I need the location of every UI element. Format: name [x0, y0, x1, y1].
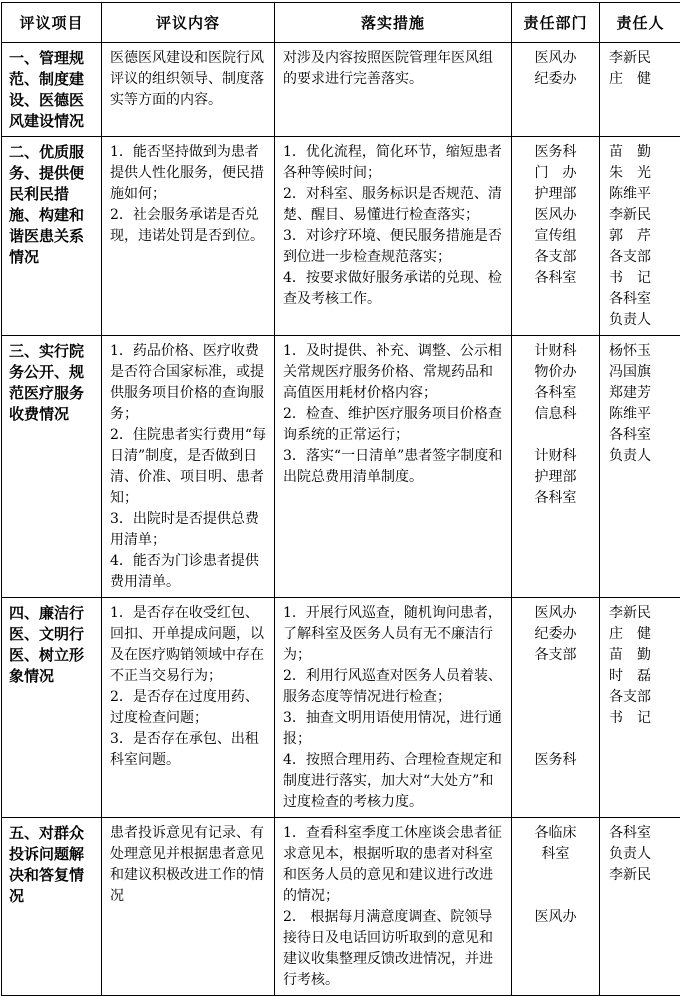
- department-line: 医风办: [514, 603, 597, 624]
- person-line: 庄 健: [609, 624, 679, 645]
- department-line: 护理部: [514, 467, 597, 488]
- measure-paragraph: 4．按照合理用药、合理检查规定和制度进行落实，加大对“大处方”和过度检查的考核力…: [283, 750, 505, 813]
- content-paragraph: 2．是否存在过度用药、过度检查问题；: [110, 687, 268, 729]
- cell-departments: 医风办纪委办: [512, 43, 600, 137]
- col-header-responsible-department: 责任部门: [512, 3, 600, 43]
- person-line: 杨怀玉: [609, 341, 679, 362]
- person-line: 庄 健: [609, 69, 679, 90]
- content-paragraph: 1．是否存在收受红包、回扣、开单提成问题，以及在医疗购销领域中存在不正当交易行为…: [110, 603, 268, 687]
- department-line: 各科室: [514, 268, 597, 289]
- department-line: 信息科: [514, 404, 597, 425]
- cell-departments: 各临床科室 医风办: [512, 818, 600, 996]
- cell-review-item: 一、管理规范、制度建设、医德医风建设情况: [2, 43, 102, 137]
- cell-measures: 1．及时提供、补充、调整、公示相关常规医疗服务价格、常规药品和高值医用耗材价格内…: [275, 336, 512, 598]
- cell-review-item: 四、廉洁行医、文明行医、树立形象情况: [2, 598, 102, 818]
- measure-paragraph: 1．开展行风巡查，随机询问患者，了解科室及医务人员有无不廉洁行为；: [283, 603, 505, 666]
- cell-review-content: 医德医风建设和医院行风评议的组织领导、制度落实等方面的内容。: [102, 43, 275, 137]
- department-line: 物价办: [514, 362, 597, 383]
- cell-departments: 医风办纪委办各支部 医务科: [512, 598, 600, 818]
- cell-review-content: 患者投诉意见有记录、有处理意见并根据患者意见和建议积极改进工作的情况: [102, 818, 275, 996]
- table-row-3: 三、实行院务公开、规范医疗服务收费情况 1．药品价格、医疗收费是否符合国家标准，…: [2, 336, 680, 598]
- cell-persons: 杨怀玉冯国旗郑建芳陈维平各科室负责人: [600, 336, 680, 598]
- measure-paragraph: 2．利用行风巡查对医务人员着装、服务态度等情况进行检查；: [283, 666, 505, 708]
- content-paragraph: 医德医风建设和医院行风评议的组织领导、制度落实等方面的内容。: [110, 48, 268, 111]
- person-line: 郑建芳: [609, 383, 679, 404]
- measure-paragraph: 2．检查、维护医疗服务项目价格查询系统的正常运行；: [283, 404, 505, 446]
- department-line: 医风办: [514, 907, 597, 928]
- col-header-review-items: 评议项目: [2, 3, 102, 43]
- person-line: 郭 芹: [609, 226, 679, 247]
- cell-measures: 1．开展行风巡查，随机询问患者，了解科室及医务人员有无不廉洁行为；2．利用行风巡…: [275, 598, 512, 818]
- cell-measures: 1．优化流程，简化环节，缩短患者各种等候时间；2．对科室、服务标识是否规范、清楚…: [275, 137, 512, 336]
- content-paragraph: 4．能否为门诊患者提供费用清单。: [110, 551, 268, 593]
- person-line: 冯国旗: [609, 362, 679, 383]
- person-line: 陈维平: [609, 184, 679, 205]
- person-line: 书 记: [609, 708, 679, 729]
- measure-paragraph: 3．对诊疗环境、便民服务措施是否到位进一步检查规范落实；: [283, 226, 505, 268]
- department-line: 医风办: [514, 205, 597, 226]
- content-paragraph: 2．社会服务承诺是否兑现，违诺处罚是否到位。: [110, 205, 268, 247]
- table-row-1: 一、管理规范、制度建设、医德医风建设情况 医德医风建设和医院行风评议的组织领导、…: [2, 43, 680, 137]
- person-line: 负责人: [609, 446, 679, 467]
- person-line: 苗 勤: [609, 645, 679, 666]
- col-header-implementation-measures: 落实措施: [275, 3, 512, 43]
- content-paragraph: 3．是否存在承包、出租科室问题。: [110, 729, 268, 771]
- measure-paragraph: 2． 根据每月满意度调查、院领导接待日及电话回访听取到的意见和建议收集整理反馈改…: [283, 907, 505, 991]
- cell-departments: 计财科物价办各科室信息科 计财科护理部各科室: [512, 336, 600, 598]
- department-line: 各科室: [514, 488, 597, 509]
- department-line: 各支部: [514, 247, 597, 268]
- department-line: 门 办: [514, 163, 597, 184]
- cell-review-content: 1．是否存在收受红包、回扣、开单提成问题，以及在医疗购销领域中存在不正当交易行为…: [102, 598, 275, 818]
- cell-review-item: 五、对群众投诉问题解决和答复情况: [2, 818, 102, 996]
- department-line: [514, 425, 597, 446]
- person-line: 李新民: [609, 48, 679, 69]
- table-row-2: 二、优质服务、提供便民利民措施、构建和谐医患关系情况 1．能否坚持做到为患者提供…: [2, 137, 680, 336]
- document-page: 评议项目 评议内容 落实措施 责任部门 责任人 一、管理规范、制度建设、医德医风…: [0, 0, 680, 872]
- department-line: 各科室: [514, 383, 597, 404]
- table-row-5: 五、对群众投诉问题解决和答复情况 患者投诉意见有记录、有处理意见并根据患者意见和…: [2, 818, 680, 996]
- cell-persons: 李新民庄 健: [600, 43, 680, 137]
- content-paragraph: 1．药品价格、医疗收费是否符合国家标准，或提供服务项目价格的查询服务；: [110, 341, 268, 425]
- person-line: 各科室: [609, 289, 679, 310]
- content-paragraph: 2．住院患者实行费用“每日清”制度，是否做到日清、价准、项目明、患者知；: [110, 425, 268, 509]
- measure-paragraph: 1．及时提供、补充、调整、公示相关常规医疗服务价格、常规药品和高值医用耗材价格内…: [283, 341, 505, 404]
- col-header-review-content: 评议内容: [102, 3, 275, 43]
- person-line: 各支部: [609, 247, 679, 268]
- table-header-row: 评议项目 评议内容 落实措施 责任部门 责任人: [2, 3, 680, 43]
- department-line: 科室: [514, 844, 597, 865]
- department-line: 护理部: [514, 184, 597, 205]
- person-line: 各科室: [609, 425, 679, 446]
- person-line: 各科室: [609, 823, 679, 844]
- cell-departments: 医务科门 办护理部医风办宣传组各支部各科室: [512, 137, 600, 336]
- cell-measures: 1．查看科室季度工休座谈会患者征求意见本，根据听取的患者对科室和医务人员的意见和…: [275, 818, 512, 996]
- department-line: 医务科: [514, 750, 597, 771]
- person-line: 负责人: [609, 310, 679, 331]
- department-line: 医务科: [514, 142, 597, 163]
- content-paragraph: 1．能否坚持做到为患者提供人性化服务，便民措施如何；: [110, 142, 268, 205]
- measure-paragraph: 3．落实“一日清单”患者签字制度和出院总费用清单制度。: [283, 446, 505, 488]
- person-line: 李新民: [609, 205, 679, 226]
- cell-persons: 各科室负责人李新民: [600, 818, 680, 996]
- table-row-4: 四、廉洁行医、文明行医、树立形象情况 1．是否存在收受红包、回扣、开单提成问题，…: [2, 598, 680, 818]
- department-line: 计财科: [514, 341, 597, 362]
- content-paragraph: 患者投诉意见有记录、有处理意见并根据患者意见和建议积极改进工作的情况: [110, 823, 268, 907]
- measure-paragraph: 1．查看科室季度工休座谈会患者征求意见本，根据听取的患者对科室和医务人员的意见和…: [283, 823, 505, 907]
- measure-paragraph: 3．抽查文明用语使用情况，进行通报；: [283, 708, 505, 750]
- content-paragraph: 3．出院时是否提供总费用清单；: [110, 509, 268, 551]
- department-line: 各支部: [514, 645, 597, 666]
- person-line: 朱 光: [609, 163, 679, 184]
- person-line: 时 磊: [609, 666, 679, 687]
- cell-review-content: 1．药品价格、医疗收费是否符合国家标准，或提供服务项目价格的查询服务；2．住院患…: [102, 336, 275, 598]
- person-line: 苗 勤: [609, 142, 679, 163]
- department-line: 计财科: [514, 446, 597, 467]
- cell-persons: 李新民庄 健苗 勤时 磊各支部书 记: [600, 598, 680, 818]
- person-line: 书 记: [609, 268, 679, 289]
- cell-review-content: 1．能否坚持做到为患者提供人性化服务，便民措施如何；2．社会服务承诺是否兑现，违…: [102, 137, 275, 336]
- department-line: 各临床: [514, 823, 597, 844]
- person-line: 各支部: [609, 687, 679, 708]
- measure-paragraph: 4．按要求做好服务承诺的兑现、检查及考核工作。: [283, 268, 505, 310]
- department-line: [514, 729, 597, 750]
- person-line: 负责人: [609, 844, 679, 865]
- person-line: 李新民: [609, 603, 679, 624]
- department-line: [514, 886, 597, 907]
- person-line: 李新民: [609, 865, 679, 886]
- department-line: 纪委办: [514, 69, 597, 90]
- cell-review-item: 三、实行院务公开、规范医疗服务收费情况: [2, 336, 102, 598]
- department-line: [514, 687, 597, 708]
- measure-paragraph: 2．对科室、服务标识是否规范、清楚、醒目、易懂进行检查落实；: [283, 184, 505, 226]
- department-line: [514, 708, 597, 729]
- cell-review-item: 二、优质服务、提供便民利民措施、构建和谐医患关系情况: [2, 137, 102, 336]
- department-line: 医风办: [514, 48, 597, 69]
- measure-paragraph: 1．优化流程，简化环节，缩短患者各种等候时间；: [283, 142, 505, 184]
- col-header-responsible-person: 责任人: [600, 3, 680, 43]
- review-table: 评议项目 评议内容 落实措施 责任部门 责任人 一、管理规范、制度建设、医德医风…: [1, 2, 680, 996]
- measure-paragraph: 对涉及内容按照医院管理年医风组的要求进行完善落实。: [283, 48, 505, 90]
- department-line: [514, 666, 597, 687]
- department-line: 宣传组: [514, 226, 597, 247]
- cell-persons: 苗 勤朱 光陈维平李新民郭 芹各支部书 记各科室负责人: [600, 137, 680, 336]
- department-line: [514, 865, 597, 886]
- person-line: 陈维平: [609, 404, 679, 425]
- cell-measures: 对涉及内容按照医院管理年医风组的要求进行完善落实。: [275, 43, 512, 137]
- department-line: 纪委办: [514, 624, 597, 645]
